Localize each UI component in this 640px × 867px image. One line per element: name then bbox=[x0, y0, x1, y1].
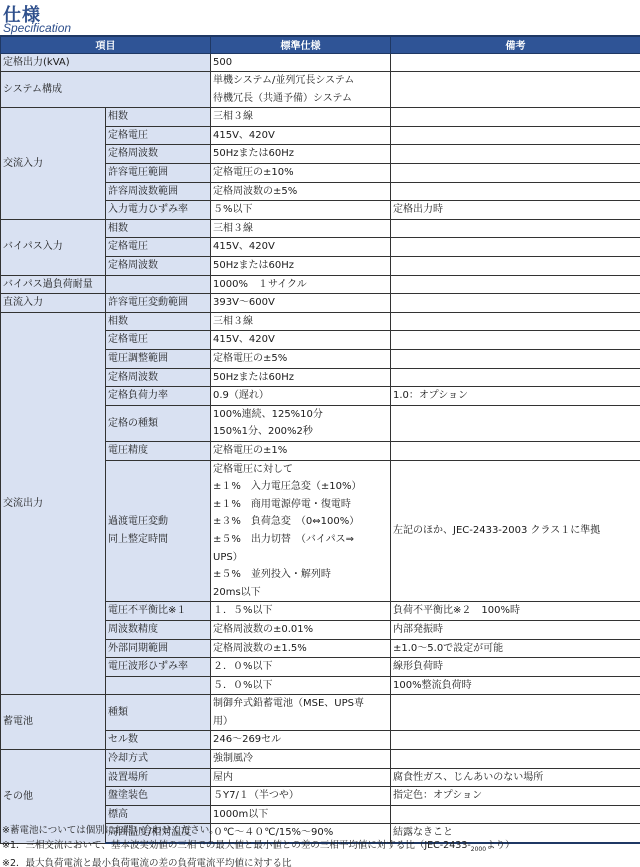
item-cell: 電圧調整範囲 bbox=[106, 350, 211, 369]
value-cell: 三相３線 bbox=[211, 108, 391, 127]
value-cell: 500 bbox=[211, 53, 391, 72]
note-cell: 線形負荷時 bbox=[391, 658, 640, 677]
item-cell: 定格電圧 bbox=[106, 331, 211, 350]
category-cell: バイパス入力 bbox=[1, 219, 106, 275]
note-cell: ±1.0〜5.0で設定が可能 bbox=[391, 639, 640, 658]
value-line: 単機システム/並列冗長システム bbox=[213, 72, 388, 90]
note-cell bbox=[391, 53, 640, 72]
note-cell bbox=[391, 257, 640, 276]
value-cell: ５%以下 bbox=[211, 201, 391, 220]
item-cell: 定格周波数 bbox=[106, 368, 211, 387]
category-cell: 定格出力(kVA) bbox=[1, 53, 211, 72]
value-cell: 50Hzまたは60Hz bbox=[211, 257, 391, 276]
item-cell: 周波数精度 bbox=[106, 620, 211, 639]
table-row: 直流入力 許容電圧変動範囲 393V〜600V bbox=[1, 294, 640, 313]
footnote-2: ※2．最大負荷電流と最小負荷電流の差の負荷電流平均値に対する比 bbox=[2, 857, 515, 867]
note-cell bbox=[391, 275, 640, 294]
footnote-1-text: ※1．三相交流において、基本波実効値の三相での最大値と最小値との差の三相平均値に… bbox=[2, 840, 471, 851]
item-cell: 標高 bbox=[106, 805, 211, 824]
footnotes: ※蓄電池については個別にお問い合わせください。 ※1．三相交流において、基本波実… bbox=[2, 824, 515, 867]
note-cell bbox=[391, 695, 640, 731]
note-cell: 腐食性ガス、じんあいのない場所 bbox=[391, 768, 640, 787]
item-cell: 外部同期範囲 bbox=[106, 639, 211, 658]
table-row: 交流出力 相数 三相３線 bbox=[1, 312, 640, 331]
note-cell bbox=[391, 164, 640, 183]
footnote-1-subscript: 2000 bbox=[471, 845, 486, 852]
value-line: ±５% 並列投入・解列時 bbox=[213, 566, 388, 584]
value-cell: 定格電圧の±10% bbox=[211, 164, 391, 183]
value-cell: 定格周波数の±5% bbox=[211, 182, 391, 201]
table-header-row: 項目 標準仕様 備考 bbox=[1, 36, 640, 53]
category-cell: 直流入力 bbox=[1, 294, 106, 313]
value-line: ±５% 出力切替 （バイパス⇒ bbox=[213, 531, 388, 549]
item-cell: 相数 bbox=[106, 312, 211, 331]
value-cell: 定格周波数の±1.5% bbox=[211, 639, 391, 658]
note-cell bbox=[391, 238, 640, 257]
value-cell: １．５%以下 bbox=[211, 602, 391, 621]
value-line: ±３% 負荷急変 （0⇔100%） bbox=[213, 513, 388, 531]
item-line: 過渡電圧変動 bbox=[108, 513, 208, 531]
value-cell: 0.9（遅れ） bbox=[211, 387, 391, 406]
value-cell: 定格電圧の±1% bbox=[211, 441, 391, 460]
item-cell: 過渡電圧変動 同上整定時間 bbox=[106, 460, 211, 602]
table-row: 定格出力(kVA) 500 bbox=[1, 53, 640, 72]
table-row: バイパス過負荷耐量 1000% １サイクル bbox=[1, 275, 640, 294]
value-cell: 三相３線 bbox=[211, 312, 391, 331]
table-row: システム構成 単機システム/並列冗長システム 待機冗長（共通予備）システム bbox=[1, 72, 640, 108]
note-cell bbox=[391, 182, 640, 201]
page-subtitle: Specification bbox=[3, 21, 71, 35]
note-cell: 1.0：オプション bbox=[391, 387, 640, 406]
item-cell: 定格周波数 bbox=[106, 145, 211, 164]
note-cell bbox=[391, 294, 640, 313]
note-cell bbox=[391, 350, 640, 369]
column-header-standard-spec: 標準仕様 bbox=[211, 36, 391, 53]
value-cell: 定格電圧の±5% bbox=[211, 350, 391, 369]
note-cell: 左記のほか、JEC-2433-2003 クラス１に準拠 bbox=[391, 460, 640, 602]
value-cell: 定格周波数の±0.01% bbox=[211, 620, 391, 639]
note-cell: 負荷不平衡比※２ 100%時 bbox=[391, 602, 640, 621]
item-cell: 許容電圧変動範囲 bbox=[106, 294, 211, 313]
note-cell bbox=[391, 126, 640, 145]
item-cell: 設置場所 bbox=[106, 768, 211, 787]
note-cell bbox=[391, 731, 640, 750]
item-cell: 相数 bbox=[106, 219, 211, 238]
note-cell bbox=[391, 405, 640, 441]
category-cell: バイパス過負荷耐量 bbox=[1, 275, 106, 294]
item-cell: 冷却方式 bbox=[106, 750, 211, 769]
item-cell: 盤塗装色 bbox=[106, 787, 211, 806]
value-cell: 制御弁式鉛蓄電池（MSE、UPS専 用） bbox=[211, 695, 391, 731]
note-cell: 指定色：オプション bbox=[391, 787, 640, 806]
value-cell: 1000m以下 bbox=[211, 805, 391, 824]
category-cell: 交流入力 bbox=[1, 108, 106, 220]
note-cell bbox=[391, 331, 640, 350]
item-cell: 電圧波形ひずみ率 bbox=[106, 658, 211, 677]
footnote-battery: ※蓄電池については個別にお問い合わせください。 bbox=[2, 824, 515, 839]
note-cell bbox=[391, 145, 640, 164]
value-cell: 246〜269セル bbox=[211, 731, 391, 750]
item-cell: 入力電力ひずみ率 bbox=[106, 201, 211, 220]
footnote-1-end: より） bbox=[486, 840, 515, 851]
item-cell: 相数 bbox=[106, 108, 211, 127]
table-row: その他 冷却方式 強制風冷 bbox=[1, 750, 640, 769]
category-cell: 蓄電池 bbox=[1, 695, 106, 750]
item-cell bbox=[106, 275, 211, 294]
value-cell: 1000% １サイクル bbox=[211, 275, 391, 294]
value-cell: 50Hzまたは60Hz bbox=[211, 145, 391, 164]
value-line: 100%連続、125%10分 bbox=[213, 406, 388, 424]
value-cell: 100%連続、125%10分 150%1分、200%2秒 bbox=[211, 405, 391, 441]
item-cell: 定格電圧 bbox=[106, 238, 211, 257]
note-cell bbox=[391, 72, 640, 108]
value-cell: ５Y7/１（半つや） bbox=[211, 787, 391, 806]
value-cell: 定格電圧に対して ±１% 入力電圧急変（±10%） ±１% 商用電源停電・復電時… bbox=[211, 460, 391, 602]
footnote-1: ※1．三相交流において、基本波実効値の三相での最大値と最小値との差の三相平均値に… bbox=[2, 839, 515, 857]
note-cell bbox=[391, 750, 640, 769]
column-header-remarks: 備考 bbox=[391, 36, 640, 53]
note-cell: 100%整流負荷時 bbox=[391, 676, 640, 695]
value-line: ±１% 入力電圧急変（±10%） bbox=[213, 478, 388, 496]
item-cell: セル数 bbox=[106, 731, 211, 750]
item-cell: 許容周波数範囲 bbox=[106, 182, 211, 201]
item-cell bbox=[106, 676, 211, 695]
item-cell: 種類 bbox=[106, 695, 211, 731]
value-cell: 屋内 bbox=[211, 768, 391, 787]
item-cell: 電圧精度 bbox=[106, 441, 211, 460]
value-cell: ２．０%以下 bbox=[211, 658, 391, 677]
value-cell: 50Hzまたは60Hz bbox=[211, 368, 391, 387]
value-cell: 415V、420V bbox=[211, 238, 391, 257]
item-cell: 定格周波数 bbox=[106, 257, 211, 276]
category-cell: システム構成 bbox=[1, 72, 211, 108]
item-cell: 電圧不平衡比※１ bbox=[106, 602, 211, 621]
note-cell bbox=[391, 368, 640, 387]
value-cell: 415V、420V bbox=[211, 126, 391, 145]
note-cell: 内部発振時 bbox=[391, 620, 640, 639]
item-cell: 定格の種類 bbox=[106, 405, 211, 441]
note-cell bbox=[391, 108, 640, 127]
note-cell bbox=[391, 219, 640, 238]
value-line: 制御弁式鉛蓄電池（MSE、UPS専 bbox=[213, 695, 388, 713]
item-cell: 定格負荷力率 bbox=[106, 387, 211, 406]
value-cell: 強制風冷 bbox=[211, 750, 391, 769]
value-line: 20ms以下 bbox=[213, 584, 388, 602]
specification-table: 項目 標準仕様 備考 定格出力(kVA) 500 システム構成 単機システム/並… bbox=[0, 35, 640, 844]
note-cell bbox=[391, 805, 640, 824]
table-row: バイパス入力 相数 三相３線 bbox=[1, 219, 640, 238]
item-line: 同上整定時間 bbox=[108, 531, 208, 549]
value-line: UPS） bbox=[213, 549, 388, 567]
value-cell: 単機システム/並列冗長システム 待機冗長（共通予備）システム bbox=[211, 72, 391, 108]
item-cell: 許容電圧範囲 bbox=[106, 164, 211, 183]
value-line: ±１% 商用電源停電・復電時 bbox=[213, 496, 388, 514]
note-cell bbox=[391, 312, 640, 331]
value-line: 150%1分、200%2秒 bbox=[213, 423, 388, 441]
value-cell: 三相３線 bbox=[211, 219, 391, 238]
value-line: 定格電圧に対して bbox=[213, 461, 388, 479]
note-cell bbox=[391, 441, 640, 460]
value-cell: 393V〜600V bbox=[211, 294, 391, 313]
value-line: 待機冗長（共通予備）システム bbox=[213, 90, 388, 108]
value-cell: ５．０%以下 bbox=[211, 676, 391, 695]
value-cell: 415V、420V bbox=[211, 331, 391, 350]
column-header-item: 項目 bbox=[1, 36, 211, 53]
table-row: 交流入力 相数 三相３線 bbox=[1, 108, 640, 127]
value-line: 用） bbox=[213, 713, 388, 731]
item-cell: 定格電圧 bbox=[106, 126, 211, 145]
note-cell: 定格出力時 bbox=[391, 201, 640, 220]
category-cell: 交流出力 bbox=[1, 312, 106, 694]
table-row: 蓄電池 種類 制御弁式鉛蓄電池（MSE、UPS専 用） bbox=[1, 695, 640, 731]
